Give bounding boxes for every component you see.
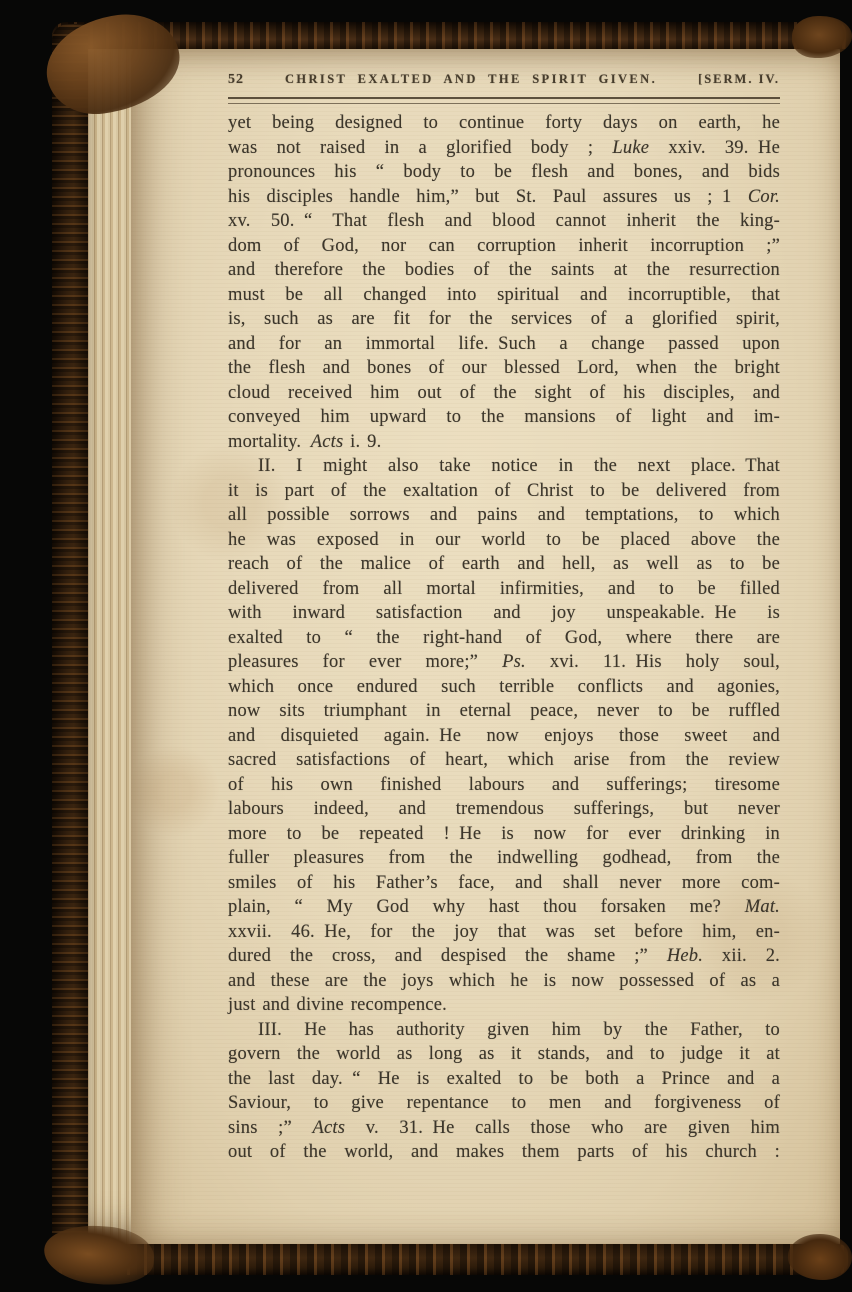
- text-line: and these are the joys which he is now p…: [228, 969, 780, 994]
- book-cover-bottom-edge: [52, 1244, 848, 1275]
- text-line: mortality. Acts i. 9.: [228, 430, 780, 455]
- text-line: he was exposed in our world to be placed…: [228, 528, 780, 553]
- book-page-fore-edge: [84, 38, 136, 1252]
- text-line: xv. 50. “ That flesh and blood cannot in…: [228, 209, 780, 234]
- text-line: exalted to “ the right-hand of God, wher…: [228, 626, 780, 651]
- page-number: 52: [228, 72, 244, 88]
- text-line: of his own finished labours and sufferin…: [228, 773, 780, 798]
- running-title: CHRIST EXALTED AND THE SPIRIT GIVEN.: [244, 72, 698, 87]
- text-line: fuller pleasures from the indwelling god…: [228, 846, 780, 871]
- text-line: cloud received him out of the sight of h…: [228, 381, 780, 406]
- text-line: plain, “ My God why hast thou forsaken m…: [228, 895, 780, 920]
- scan-background: 52 CHRIST EXALTED AND THE SPIRIT GIVEN. …: [0, 0, 852, 1292]
- book-cover-spine-edge: [52, 24, 88, 1272]
- text-line: with inward satisfaction and joy unspeak…: [228, 601, 780, 626]
- text-line: the flesh and bones of our blessed Lord,…: [228, 356, 780, 381]
- text-line: is, such as are fit for the services of …: [228, 307, 780, 332]
- text-line: pleasures for ever more;” Ps. xvi. 11. H…: [228, 650, 780, 675]
- book-cover-corner-top-right: [792, 16, 852, 58]
- text-line: and therefore the bodies of the saints a…: [228, 258, 780, 283]
- text-line: reach of the malice of earth and hell, a…: [228, 552, 780, 577]
- page-header: 52 CHRIST EXALTED AND THE SPIRIT GIVEN. …: [228, 72, 780, 88]
- text-line: III. He has authority given him by the F…: [228, 1018, 780, 1043]
- text-line: pronounces his “ body to be flesh and bo…: [228, 160, 780, 185]
- text-line: it is part of the exaltation of Christ t…: [228, 479, 780, 504]
- book-cover-corner-bottom-right: [788, 1234, 852, 1280]
- text-line: yet being designed to continue forty day…: [228, 111, 780, 136]
- text-line: all possible sorrows and pains and tempt…: [228, 503, 780, 528]
- text-line: was not raised in a glorified body ; Luk…: [228, 136, 780, 161]
- text-line: delivered from all mortal infirmities, a…: [228, 577, 780, 602]
- text-line: more to be repeated ! He is now for ever…: [228, 822, 780, 847]
- text-line: out of the world, and makes them parts o…: [228, 1140, 780, 1165]
- text-line: dom of God, nor can corruption inherit i…: [228, 234, 780, 259]
- text-line: sins ;” Acts v. 31. He calls those who a…: [228, 1116, 780, 1141]
- text-line: and disquieted again. He now enjoys thos…: [228, 724, 780, 749]
- text-line: II. I might also take notice in the next…: [228, 454, 780, 479]
- text-line: sacred satisfactions of heart, which ari…: [228, 748, 780, 773]
- text-line: must be all changed into spiritual and i…: [228, 283, 780, 308]
- body-text: yet being designed to continue forty day…: [228, 111, 780, 1165]
- text-line: conveyed him upward to the mansions of l…: [228, 405, 780, 430]
- page-content: 52 CHRIST EXALTED AND THE SPIRIT GIVEN. …: [131, 47, 840, 1165]
- text-line: which once endured such terrible conflic…: [228, 675, 780, 700]
- text-line: the last day. “ He is exalted to be both…: [228, 1067, 780, 1092]
- text-line: labours indeed, and tremendous suffering…: [228, 797, 780, 822]
- text-line: Saviour, to give repentance to men and f…: [228, 1091, 780, 1116]
- text-line: and for an immortal life. Such a change …: [228, 332, 780, 357]
- section-label: [SERM. IV.: [698, 72, 780, 87]
- text-line: dured the cross, and despised the shame …: [228, 944, 780, 969]
- header-double-rule: [228, 97, 780, 104]
- text-line: his disciples handle him,” but St. Paul …: [228, 185, 780, 210]
- book-page: 52 CHRIST EXALTED AND THE SPIRIT GIVEN. …: [131, 47, 840, 1247]
- text-line: now sits triumphant in eternal peace, ne…: [228, 699, 780, 724]
- text-line: xxvii. 46. He, for the joy that was set …: [228, 920, 780, 945]
- text-line: govern the world as long as it stands, a…: [228, 1042, 780, 1067]
- text-line: smiles of his Father’s face, and shall n…: [228, 871, 780, 896]
- text-line: just and divine recompence.: [228, 993, 780, 1018]
